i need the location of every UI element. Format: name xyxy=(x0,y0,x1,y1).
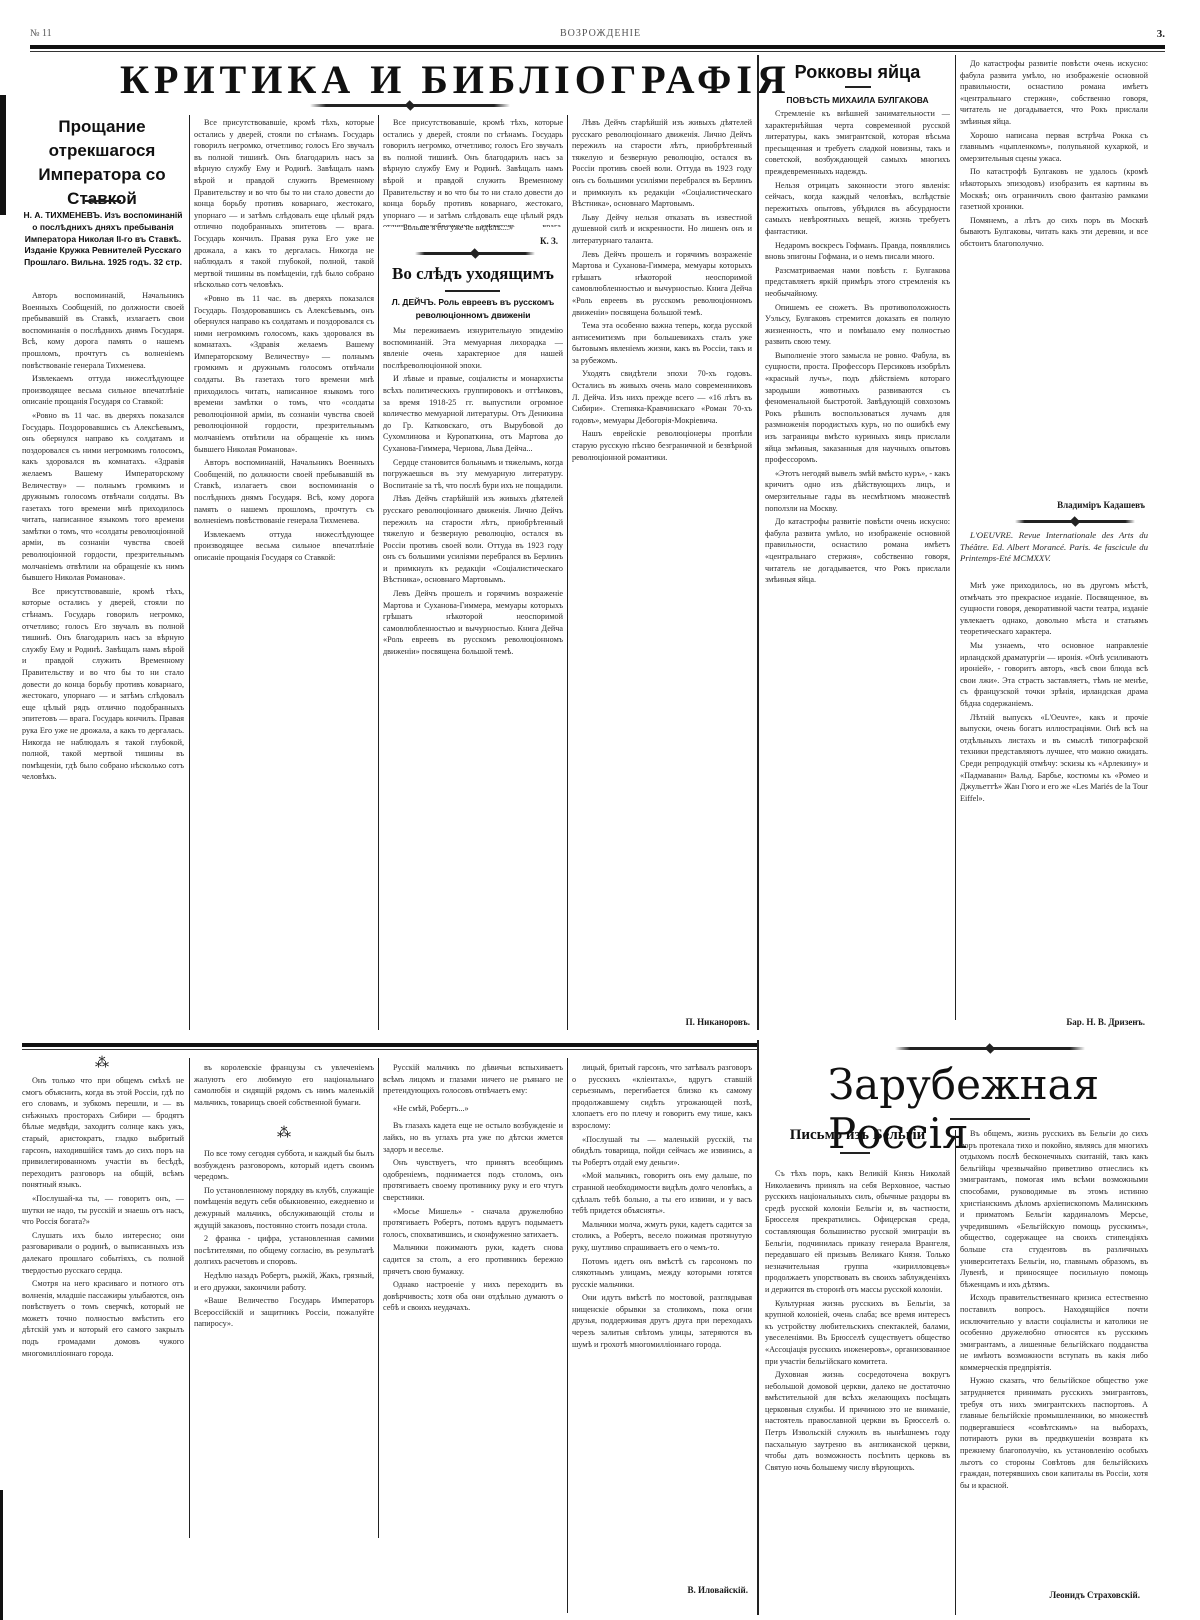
paragraph: По установленному порядку въ клубѣ, служ… xyxy=(194,1185,374,1231)
page-number: 3. xyxy=(1157,28,1165,40)
paragraph: Левъ Дейчъ прошелъ и горячимъ возраженiе… xyxy=(572,249,752,319)
paragraph: Авторъ воспоминанiй, Начальникъ Военныхъ… xyxy=(22,290,184,371)
paragraph: Все присутствовавшiе, кромѣ тѣхъ, которы… xyxy=(383,117,563,227)
paragraph: Авторъ воспоминанiй, Начальникъ Военныхъ… xyxy=(194,457,374,527)
ornament-divider xyxy=(310,104,510,107)
paragraph: Лѣвъ Дейчъ старѣйшiй изъ живыхъ дѣятелей… xyxy=(383,493,563,586)
paragraph: Лѣтнiй выпускъ «L'Oeuvre», какъ и прочiе… xyxy=(960,712,1148,805)
signature-nikanorov: П. Никаноровъ. xyxy=(572,1017,750,1027)
column-rule xyxy=(189,115,190,1030)
paragraph: Льву Дейчу нельзя отказать въ известной … xyxy=(572,212,752,247)
signature-kz: К. З. xyxy=(383,236,558,246)
feuilleton-rule xyxy=(22,1043,757,1047)
paragraph: Духовная жизнь сосредоточена вокругъ неб… xyxy=(765,1369,950,1473)
quote-end: Больше я его уже не видѣлъ....» xyxy=(383,222,563,236)
paragraph: Опишемъ ее сюжетъ. Въ противоположность … xyxy=(765,302,950,348)
feuilleton-column: По все тому сегодня суббота, и каждый бы… xyxy=(194,1148,374,1538)
paragraph: Мы узнаемъ, что основное направленiе ирл… xyxy=(960,640,1148,710)
column-rule xyxy=(378,1058,379,1538)
signature-kadashev: Владимiръ Кадашевъ xyxy=(960,500,1145,510)
paragraph: И лѣвые и правые, соцiалисты и монархист… xyxy=(383,373,563,454)
paragraph: Все присутствовавшiе, кромѣ тѣхъ, которы… xyxy=(22,586,184,783)
paragraph: Выполненiе этого замысла не ровно. Фабул… xyxy=(765,350,950,466)
article-title-rokovy: Рокковы яйца xyxy=(765,62,950,83)
signature-ilovaisky: В. Иловайскiй. xyxy=(572,1585,748,1595)
paragraph: Мальчики пожимаютъ руки, кадетъ снова са… xyxy=(383,1242,563,1277)
review-header-loeuvre: L'OEUVRE. Revue Internationale des Arts … xyxy=(960,530,1148,578)
paragraph: лицый, бритый гарсонъ, что затѣвалъ разг… xyxy=(572,1062,752,1132)
paragraph: «Послушай-ка ты, — говоритъ онъ, — шутки… xyxy=(22,1193,184,1228)
scan-edge xyxy=(0,1490,3,1620)
paragraph: Нельзя отрицать законности этого явленiя… xyxy=(765,180,950,238)
paragraph: Исходъ правительственнаго кризиса естест… xyxy=(960,1292,1148,1373)
paragraph: Разсматриваемая нами повѣсть г. Булгаков… xyxy=(765,265,950,300)
paragraph: Стремленiе къ внѣшней занимательности — … xyxy=(765,108,950,178)
paragraph: 2 франка - цифра, установленная самими п… xyxy=(194,1233,374,1268)
paragraph: Мальчики молча, жмутъ руки, кадетъ садит… xyxy=(572,1219,752,1254)
paragraph: Извлекаемъ оттуда нижеслѣдующее производ… xyxy=(194,529,374,564)
newspaper-title: ВОЗРОЖДЕНIЕ xyxy=(560,28,641,39)
paragraph: Русскiй мальчикъ по дѣвичьи вспыхиваетъ … xyxy=(383,1062,563,1097)
article-column: Все присутствовавшiе, кромѣ тѣхъ, которы… xyxy=(383,117,563,227)
paragraph: «Не смѣй, Робертъ...» xyxy=(383,1103,563,1115)
column-rule xyxy=(955,1130,956,1615)
ornament-divider xyxy=(415,252,535,255)
asterism-icon: ⁂ xyxy=(194,1125,374,1142)
masthead-rule xyxy=(30,45,1165,49)
paragraph: Уходятъ свидѣтели эпохи 70-хъ годовъ. Ос… xyxy=(572,368,752,426)
paragraph: въ королевскiе французы съ увлеченiемъ ж… xyxy=(194,1062,374,1108)
article-column: До катастрофы развитiе повѣсти очень иск… xyxy=(960,58,1148,498)
paragraph: «Ровно въ 11 час. въ дверяхъ показался Г… xyxy=(22,410,184,584)
feuilleton-column: лицый, бритый гарсонъ, что затѣвалъ разг… xyxy=(572,1062,752,1582)
paragraph: Слушать ихъ было интересно; они разговар… xyxy=(22,1230,184,1276)
paragraph: Нужно сказать, что бельгiйское общество … xyxy=(960,1375,1148,1491)
column-rule xyxy=(955,55,956,1020)
paragraph: Лѣвъ Дейчъ старѣйшiй изъ живыхъ дѣятелей… xyxy=(572,117,752,210)
paragraph: Все присутствовавшiе, кромѣ тѣхъ, которы… xyxy=(194,117,374,291)
paragraph: Онъ только что при общемъ смѣхѣ не смогъ… xyxy=(22,1075,184,1191)
title-rule xyxy=(85,200,121,202)
paragraph: Они идутъ вмѣстѣ по мостовой, разглядыва… xyxy=(572,1292,752,1350)
feuilleton-column: Русскiй мальчикъ по дѣвичьи вспыхиваетъ … xyxy=(383,1062,563,1607)
paragraph: Извлекаемъ оттуда нижеслѣдующее производ… xyxy=(22,373,184,408)
feuilleton-rule-thin xyxy=(22,1049,757,1050)
issue-number: № 11 xyxy=(30,28,52,39)
paragraph: «Послушай ты — маленькiй русскiй, ты оби… xyxy=(572,1134,752,1169)
signature-drizen: Бар. Н. В. Дризенъ. xyxy=(960,1017,1145,1027)
paragraph: По все тому сегодня суббота, и каждый бы… xyxy=(194,1148,374,1183)
paragraph: Помянемъ, а лѣтъ до сихъ поръ въ Москвѣ … xyxy=(960,215,1148,250)
article-column: Лѣвъ Дейчъ старѣйшiй изъ живыхъ дѣятелей… xyxy=(572,117,752,1017)
paragraph: По катастрофѣ Булгаковъ не удалось (кром… xyxy=(960,166,1148,212)
title-rule xyxy=(950,1118,1030,1120)
column-rule xyxy=(378,115,379,1030)
scan-edge xyxy=(0,95,6,215)
article-column: Мнѣ уже приходилось, но въ другомъ мѣстѣ… xyxy=(960,580,1148,1010)
paragraph: Съ тѣхъ поръ, какъ Великiй Князь Николай… xyxy=(765,1168,950,1296)
article-subtitle: ПОВѢСТЬ МИХАИЛА БУЛГАКОВА xyxy=(765,94,950,107)
ornament-divider xyxy=(895,1047,1085,1050)
paragraph: «Ровно въ 11 час. въ дверяхъ показался Г… xyxy=(194,293,374,455)
paragraph: Потомъ идетъ онъ вмѣстѣ съ гарсономъ по … xyxy=(572,1256,752,1291)
feuilleton-column: въ королевскiе французы съ увлеченiемъ ж… xyxy=(194,1062,374,1120)
section-title-critique: КРИТИКА И БИБЛIОГРАФIЯ xyxy=(120,56,791,103)
column-rule xyxy=(567,1058,568,1613)
column-rule xyxy=(567,115,568,1030)
paragraph: Недѣлю назадъ Робертъ, рыжiй, Жакъ, гряз… xyxy=(194,1270,374,1293)
paragraph: Сердце становится больнымъ и тяжелымъ, к… xyxy=(383,457,563,492)
article-column: Стремленiе къ внѣшней занимательности — … xyxy=(765,108,950,1026)
paragraph: Въ общемъ, жизнь русскихъ въ Бельгiи до … xyxy=(960,1128,1148,1290)
article-column: Мы переживаемъ изнурительную эпидемiю во… xyxy=(383,325,563,1030)
paragraph: «Этотъ негодяй вывелъ змѣй вмѣсто куръ»,… xyxy=(765,468,950,514)
paragraph: Левъ Дейчъ прошелъ и горячимъ возраженiе… xyxy=(383,588,563,658)
paragraph: Тема эта особенно важна теперь, когда ру… xyxy=(572,320,752,366)
paragraph: Хорошо написана первая встрѣча Рокка съ … xyxy=(960,130,1148,165)
paragraph: «Мой мальчикъ, говоритъ онъ ему дальше, … xyxy=(572,1170,752,1216)
paragraph: Въ глазахъ кадета еще не остыло возбужде… xyxy=(383,1120,563,1155)
paragraph: «Ваше Величество Государь Императоръ Все… xyxy=(194,1295,374,1330)
signature-strakhovsky: Леонидъ Страховскiй. xyxy=(960,1590,1140,1600)
column-rule xyxy=(189,1058,190,1538)
paragraph: Смотря на него красиваго и потного отъ в… xyxy=(22,1278,184,1359)
paragraph: До катастрофы развитiе повѣсти очень иск… xyxy=(765,516,950,586)
asterism-icon: ⁂ xyxy=(22,1055,182,1072)
title-rule xyxy=(845,86,871,88)
feuilleton-column: Онъ только что при общемъ смѣхѣ не смогъ… xyxy=(22,1075,184,1535)
article-title-letter-belgium: Письмо изъ Бельгiи xyxy=(765,1127,950,1144)
section-rule xyxy=(757,55,759,1030)
paragraph: Культурная жизнь русскихъ въ Бельгiи, за… xyxy=(765,1298,950,1368)
article-column: Все присутствовавшiе, кромѣ тѣхъ, которы… xyxy=(194,117,374,1030)
bibliography-entry: Н. А. ТИХМЕНЕВЪ. Изъ воспоминанiй о посл… xyxy=(22,210,184,269)
paragraph: «Мосье Мишель» - сначала дружелюбно прот… xyxy=(383,1206,563,1241)
paragraph: Однако настроенiе у нихъ переходитъ въ д… xyxy=(383,1279,563,1314)
paragraph: Мы переживаемъ изнурительную эпидемiю во… xyxy=(383,325,563,371)
article-column: Въ общемъ, жизнь русскихъ въ Бельгiи до … xyxy=(960,1128,1148,1588)
bibliography-entry-deich: Л. ДЕЙЧЪ. Роль евреевъ въ русскомъ револ… xyxy=(383,296,563,322)
section-rule xyxy=(757,1040,759,1615)
article-title-vo-sled: Во слѣдъ уходящимъ xyxy=(383,264,563,284)
masthead-rule-thin xyxy=(30,51,1165,52)
paragraph: Нашъ еврейскiе революцiонеры пропѣли ста… xyxy=(572,428,752,463)
article-column: Съ тѣхъ поръ, какъ Великiй Князь Николай… xyxy=(765,1168,950,1613)
ornament-divider xyxy=(1015,520,1135,523)
paragraph: Онъ чувствуетъ, что принятъ всеобщимъ од… xyxy=(383,1157,563,1203)
paragraph: Мнѣ уже приходилось, но въ другомъ мѣстѣ… xyxy=(960,580,1148,638)
article-column: Авторъ воспоминанiй, Начальникъ Военныхъ… xyxy=(22,290,184,1025)
paragraph: До катастрофы развитiе повѣсти очень иск… xyxy=(960,58,1148,128)
title-rule xyxy=(840,1152,870,1154)
title-rule xyxy=(445,290,500,292)
paragraph: Недаромъ воскресъ Гофманъ. Правда, появл… xyxy=(765,240,950,263)
article-title-farewell: Прощание отрекшагося Императора со Ставк… xyxy=(22,115,182,211)
